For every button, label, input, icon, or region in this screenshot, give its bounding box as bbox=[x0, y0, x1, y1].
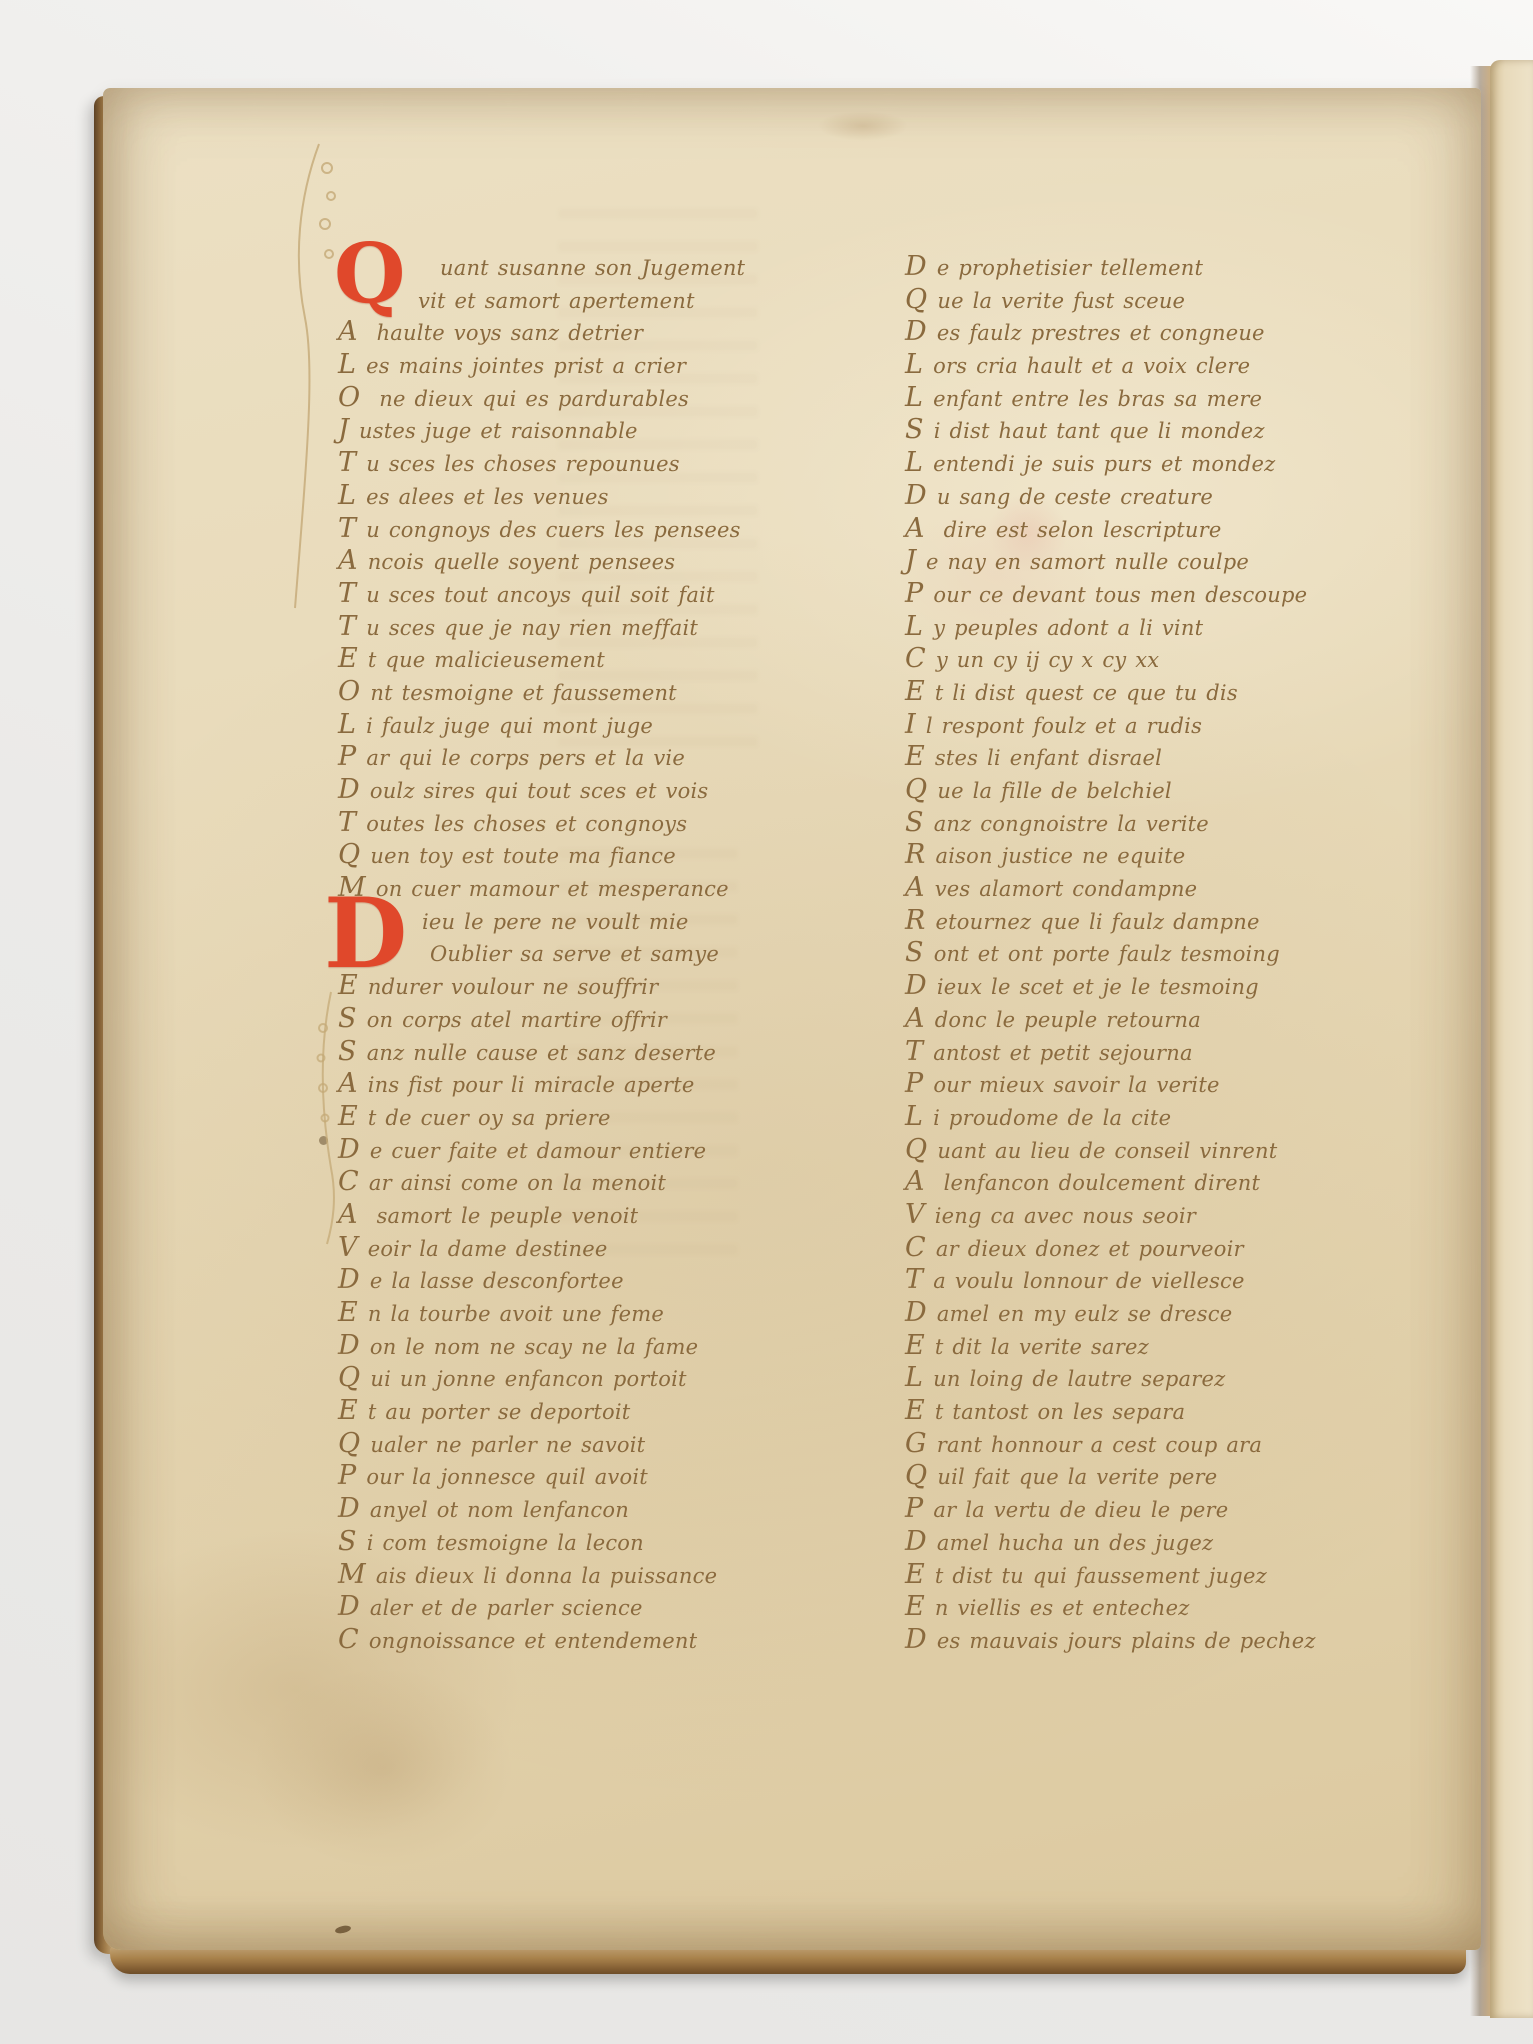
verse-line: Damel hucha un des jugez bbox=[905, 1527, 1345, 1560]
verse-line: Et li dist quest ce que tu dis bbox=[905, 677, 1345, 710]
verse-line: Tu congnoys des cuers les pensees bbox=[338, 514, 758, 547]
verse-line: Et tantost on les separa bbox=[905, 1396, 1345, 1429]
verse-line: Qui un jonne enfancon portoit bbox=[338, 1363, 758, 1396]
manuscript-photo: uant susanne son Jugementvit et samort a… bbox=[0, 0, 1533, 2044]
verse-line: Pour ce devant tous men descoupe bbox=[905, 579, 1345, 612]
verse-line: Veoir la dame destinee bbox=[338, 1233, 758, 1266]
verse-line: Adonc le peuple retourna bbox=[905, 1004, 1345, 1037]
verse-line: Quant au lieu de conseil vinrent bbox=[905, 1135, 1345, 1168]
verse-line: Raison justice ne equite bbox=[905, 840, 1345, 873]
verse-line: Qualer ne parler ne savoit bbox=[338, 1429, 758, 1462]
facing-page-edge bbox=[1490, 60, 1533, 2018]
verse-line: Et que malicieusement bbox=[338, 644, 758, 677]
verse-line: Ancois quelle soyent pensees bbox=[338, 546, 758, 579]
verse-line: A lenfancon doulcement dirent bbox=[905, 1167, 1345, 1200]
verse-line: Car dieux donez et pourveoir bbox=[905, 1233, 1345, 1266]
verse-line: Lors cria hault et a voix clere bbox=[905, 350, 1345, 383]
verse-line: Et de cuer oy sa priere bbox=[338, 1102, 758, 1135]
verse-line: Retournez que li faulz dampne bbox=[905, 906, 1345, 939]
verse-line: Par qui le corps pers et la vie bbox=[338, 742, 758, 775]
illuminated-initial-q: Q bbox=[334, 238, 406, 310]
verse-line: Toutes les choses et congnoys bbox=[338, 808, 758, 841]
verse-line: Danyel ot nom lenfancon bbox=[338, 1494, 758, 1527]
illuminated-initial-d: D bbox=[324, 892, 407, 976]
verse-line: Vieng ca avec nous seoir bbox=[905, 1200, 1345, 1233]
verse-line: Du sang de ceste creature bbox=[905, 481, 1345, 514]
verse-line: Pour la jonnesce quil avoit bbox=[338, 1461, 758, 1494]
verse-line: Tu sces que je nay rien meffait bbox=[338, 612, 758, 645]
verse-line: Damel en my eulz se dresce bbox=[905, 1298, 1345, 1331]
verse-line: En la tourbe avoit une feme bbox=[338, 1298, 758, 1331]
verse-line: Des faulz prestres et congneue bbox=[905, 317, 1345, 350]
verse-line: Tu sces tout ancoys quil soit fait bbox=[338, 579, 758, 612]
ink-speck bbox=[319, 1136, 328, 1145]
verse-line: Mais dieux li donna la puissance bbox=[338, 1560, 758, 1593]
verse-line: Sanz congnoistre la verite bbox=[905, 808, 1345, 841]
verse-line: Son corps atel martire offrir bbox=[338, 1004, 758, 1037]
verse-line: Tantost et petit sejourna bbox=[905, 1037, 1345, 1070]
text-column-left: uant susanne son Jugementvit et samort a… bbox=[338, 252, 758, 1658]
photo-backdrop: { "colors": { "rubric": "#e0482b", "ink"… bbox=[0, 0, 1533, 2044]
verse-line: Congnoissance et entendement bbox=[338, 1625, 758, 1658]
verse-line: Si com tesmoigne la lecon bbox=[338, 1527, 758, 1560]
verse-line: Et au porter se deportoit bbox=[338, 1396, 758, 1429]
verse-line: Sanz nulle cause et sanz deserte bbox=[338, 1037, 758, 1070]
verse-line: Lenfant entre les bras sa mere bbox=[905, 383, 1345, 416]
verse-line: O ne dieux qui es pardurables bbox=[338, 383, 758, 416]
verse-line: Que la verite fust sceue bbox=[905, 285, 1345, 318]
verse-line: De prophetisier tellement bbox=[905, 252, 1345, 285]
verse-line: Don le nom ne scay ne la fame bbox=[338, 1331, 758, 1364]
verse-line: Que la fille de belchiel bbox=[905, 775, 1345, 808]
verse-line: Si dist haut tant que li mondez bbox=[905, 415, 1345, 448]
verse-line: Et dit la verite sarez bbox=[905, 1331, 1345, 1364]
verse-line: Sont et ont porte faulz tesmoing bbox=[905, 938, 1345, 971]
verse-line: Les mains jointes prist a crier bbox=[338, 350, 758, 383]
verse-line: Daler et de parler science bbox=[338, 1592, 758, 1625]
verse-line: Justes juge et raisonnable bbox=[338, 415, 758, 448]
verse-line: Des mauvais jours plains de pechez bbox=[905, 1625, 1345, 1658]
verse-line: Grant honnour a cest coup ara bbox=[905, 1429, 1345, 1462]
verse-line: Quil fait que la verite pere bbox=[905, 1461, 1345, 1494]
verse-line: Lun loing de lautre separez bbox=[905, 1363, 1345, 1396]
verse-line: Il respont foulz et a rudis bbox=[905, 710, 1345, 743]
verse-line: Je nay en samort nulle coulpe bbox=[905, 546, 1345, 579]
verse-line: A samort le peuple venoit bbox=[338, 1200, 758, 1233]
verse-line: Li proudome de la cite bbox=[905, 1102, 1345, 1135]
verse-line: Ta voulu lonnour de viellesce bbox=[905, 1265, 1345, 1298]
verse-line: Lentendi je suis purs et mondez bbox=[905, 448, 1345, 481]
stain bbox=[253, 1668, 513, 1868]
verse-line: Pour mieux savoir la verite bbox=[905, 1069, 1345, 1102]
verse-line: Les alees et les venues bbox=[338, 481, 758, 514]
verse-line: Aves alamort condampne bbox=[905, 873, 1345, 906]
verse-line: Tu sces les choses repounues bbox=[338, 448, 758, 481]
verse-line: A dire est selon lescripture bbox=[905, 514, 1345, 547]
manuscript-page: uant susanne son Jugementvit et samort a… bbox=[103, 88, 1481, 1950]
verse-line: De la lasse desconfortee bbox=[338, 1265, 758, 1298]
verse-line: Ont tesmoigne et faussement bbox=[338, 677, 758, 710]
verse-line: Par la vertu de dieu le pere bbox=[905, 1494, 1345, 1527]
verse-line: Doulz sires qui tout sces et vois bbox=[338, 775, 758, 808]
verse-line: Ains fist pour li miracle aperte bbox=[338, 1069, 758, 1102]
stain bbox=[803, 106, 923, 146]
text-column-right: De prophetisier tellementQue la verite f… bbox=[905, 252, 1345, 1658]
verse-line: En viellis es et entechez bbox=[905, 1592, 1345, 1625]
verse-line: Car ainsi come on la menoit bbox=[338, 1167, 758, 1200]
verse-line: Quen toy est toute ma fiance bbox=[338, 840, 758, 873]
ink-speck bbox=[334, 1924, 351, 1934]
verse-line: De cuer faite et damour entiere bbox=[338, 1135, 758, 1168]
verse-line: A haulte voys sanz detrier bbox=[338, 317, 758, 350]
page-stack-edge-bottom bbox=[110, 1947, 1466, 1974]
verse-line: Et dist tu qui faussement jugez bbox=[905, 1560, 1345, 1593]
verse-line: Li faulz juge qui mont juge bbox=[338, 710, 758, 743]
verse-line: Estes li enfant disrael bbox=[905, 742, 1345, 775]
verse-line: Ly peuples adont a li vint bbox=[905, 612, 1345, 645]
verse-line: Cy un cy ij cy x cy xx bbox=[905, 644, 1345, 677]
verse-line: Dieux le scet et je le tesmoing bbox=[905, 971, 1345, 1004]
